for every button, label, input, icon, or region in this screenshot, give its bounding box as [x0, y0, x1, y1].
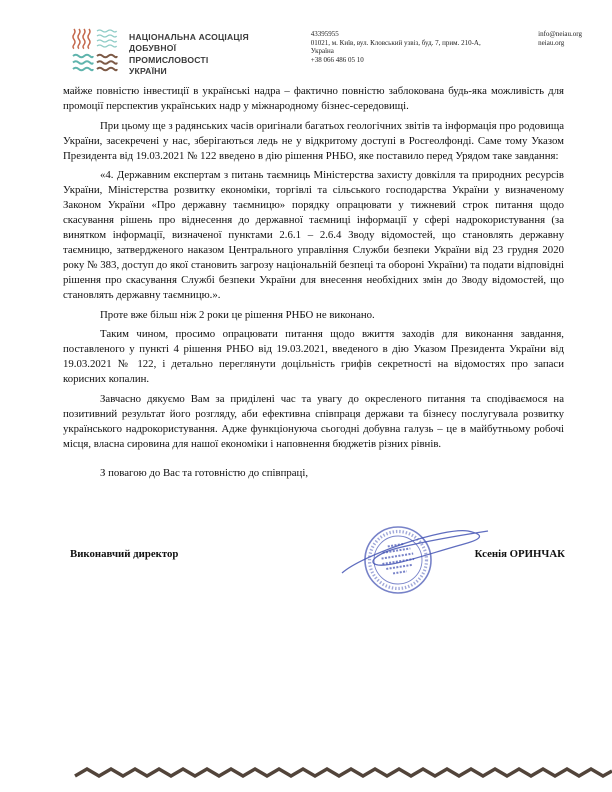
paragraph-quoted-task: «4. Державним експертам з питань таємниц… [63, 168, 564, 303]
letterhead: НАЦІОНАЛЬНА АСОЦІАЦІЯ ДОБУВНОЇ ПРОМИСЛОВ… [70, 26, 582, 78]
org-name-line: ДОБУВНОЇ [129, 43, 252, 54]
org-edrpou-code: 43395955 [311, 30, 512, 39]
round-seal-stamp-icon [336, 511, 494, 609]
org-name-line: ПРОМИСЛОВОСТІ [129, 55, 252, 66]
paragraph: Проте вже більш ніж 2 роки це рішення РН… [63, 308, 564, 323]
org-logo-waves-icon [70, 26, 120, 76]
letter-page: НАЦІОНАЛЬНА АСОЦІАЦІЯ ДОБУВНОЇ ПРОМИСЛОВ… [0, 0, 612, 792]
org-web-block: info@neiau.org neiau.org [538, 30, 582, 47]
letter-body: майже повністю інвестиції в українські н… [63, 84, 564, 485]
org-phone: +38 066 486 05 10 [311, 56, 512, 65]
paragraph: При цьому ще з радянських часів оригінал… [63, 119, 564, 164]
paragraph: Таким чином, просимо опрацювати питання … [63, 327, 564, 387]
signer-title: Виконавчий директор [70, 548, 178, 560]
paragraph: майже повністю інвестиції в українські н… [63, 84, 564, 114]
org-email: info@neiau.org [538, 30, 582, 39]
zigzag-divider-icon [73, 764, 612, 782]
org-name: НАЦІОНАЛЬНА АСОЦІАЦІЯ ДОБУВНОЇ ПРОМИСЛОВ… [129, 32, 252, 78]
org-website: neiau.org [538, 39, 582, 48]
org-name-line: НАЦІОНАЛЬНА АСОЦІАЦІЯ [129, 32, 252, 43]
signer-name: Ксенія ОРИНЧАК [475, 548, 565, 560]
closing-salutation: З повагою до Вас та готовністю до співпр… [63, 466, 564, 481]
org-name-line: УКРАЇНИ [129, 66, 252, 77]
org-address-line2: Україна [311, 47, 512, 56]
org-contact-block: 43395955 01021, м. Київ, вул. Кловський … [311, 30, 512, 64]
signature-row: Виконавчий директор Ксенія ОРИНЧАК [70, 548, 565, 560]
org-address-line1: 01021, м. Київ, вул. Кловський узвіз, бу… [311, 39, 512, 48]
paragraph: Завчасно дякуємо Вам за приділені час та… [63, 392, 564, 452]
